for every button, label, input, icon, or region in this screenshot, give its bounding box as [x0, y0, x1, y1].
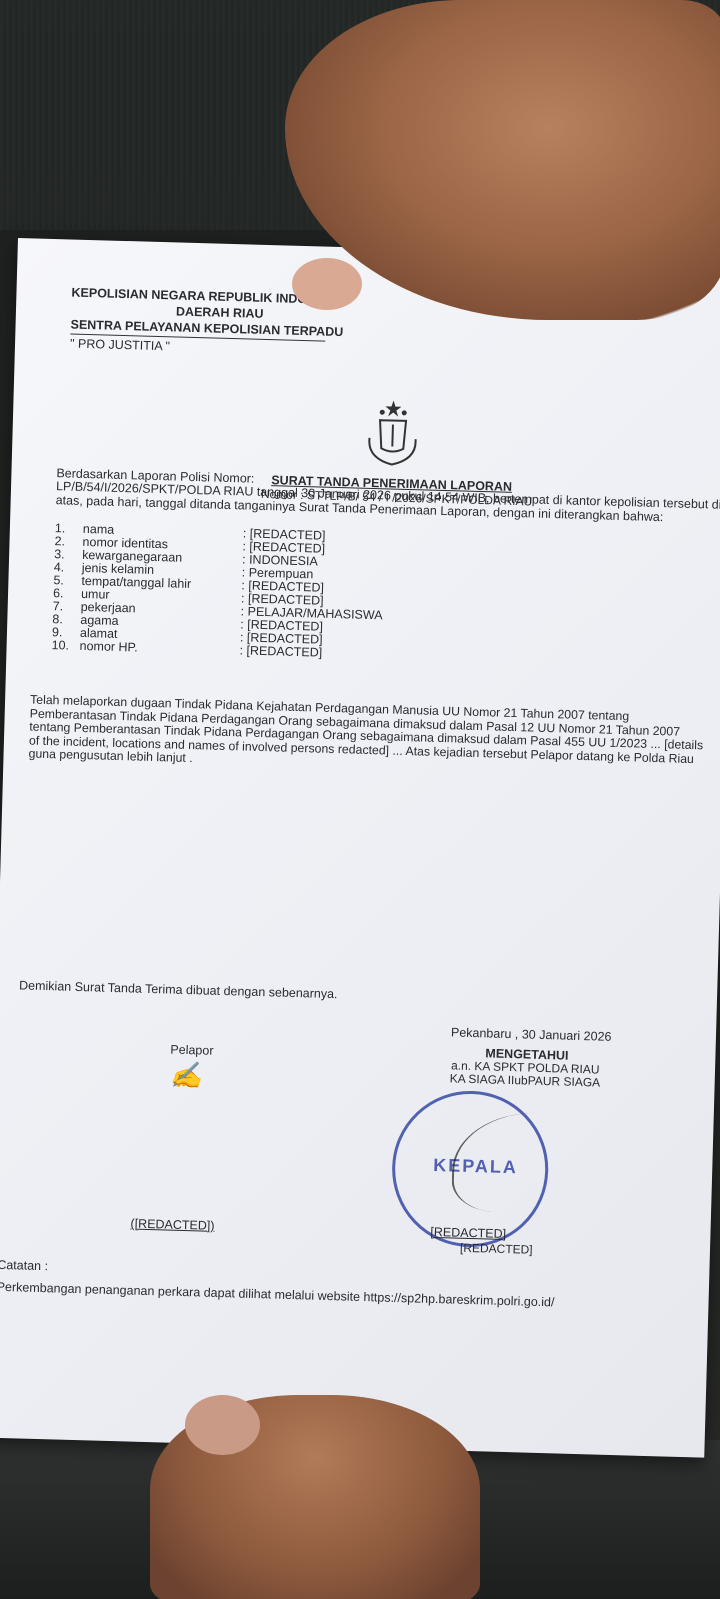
officer-name: [REDACTED]	[430, 1225, 506, 1241]
thumbnail-top	[292, 258, 362, 310]
reporter-fields: 1.nama: [REDACTED]2.nomor identitas: [RE…	[51, 522, 384, 661]
police-report-document: KEPOLISIAN NEGARA REPUBLIK INDONESIA DAE…	[0, 238, 720, 1458]
field-value: : [REDACTED]	[219, 644, 322, 660]
note-text: Perkembangan penanganan perkara dapat di…	[0, 1280, 555, 1310]
reporter-label: Pelapor	[170, 1043, 213, 1058]
closing-statement: Demikian Surat Tanda Terima dibuat denga…	[19, 978, 338, 1001]
thumbnail-bottom	[185, 1395, 260, 1455]
field-num: 10.	[51, 639, 79, 653]
reporter-name: ([REDACTED])	[130, 1217, 214, 1233]
field-label: nomor HP.	[79, 640, 219, 657]
place-date: Pekanbaru , 30 Januari 2026	[451, 1025, 612, 1043]
note-label: Catatan :	[0, 1258, 48, 1273]
officer-position: a.n. KA SPKT POLDA RIAU KA SIAGA IIubPAU…	[450, 1059, 601, 1089]
position-text: KA SIAGA IIubPAUR SIAGA	[450, 1072, 601, 1089]
officer-nrp: [REDACTED]	[460, 1241, 533, 1257]
police-emblem-icon	[357, 398, 429, 470]
reporter-signature: ✍	[169, 1061, 202, 1092]
incident-narrative: Telah melaporkan dugaan Tindak Pidana Ke…	[28, 694, 710, 781]
